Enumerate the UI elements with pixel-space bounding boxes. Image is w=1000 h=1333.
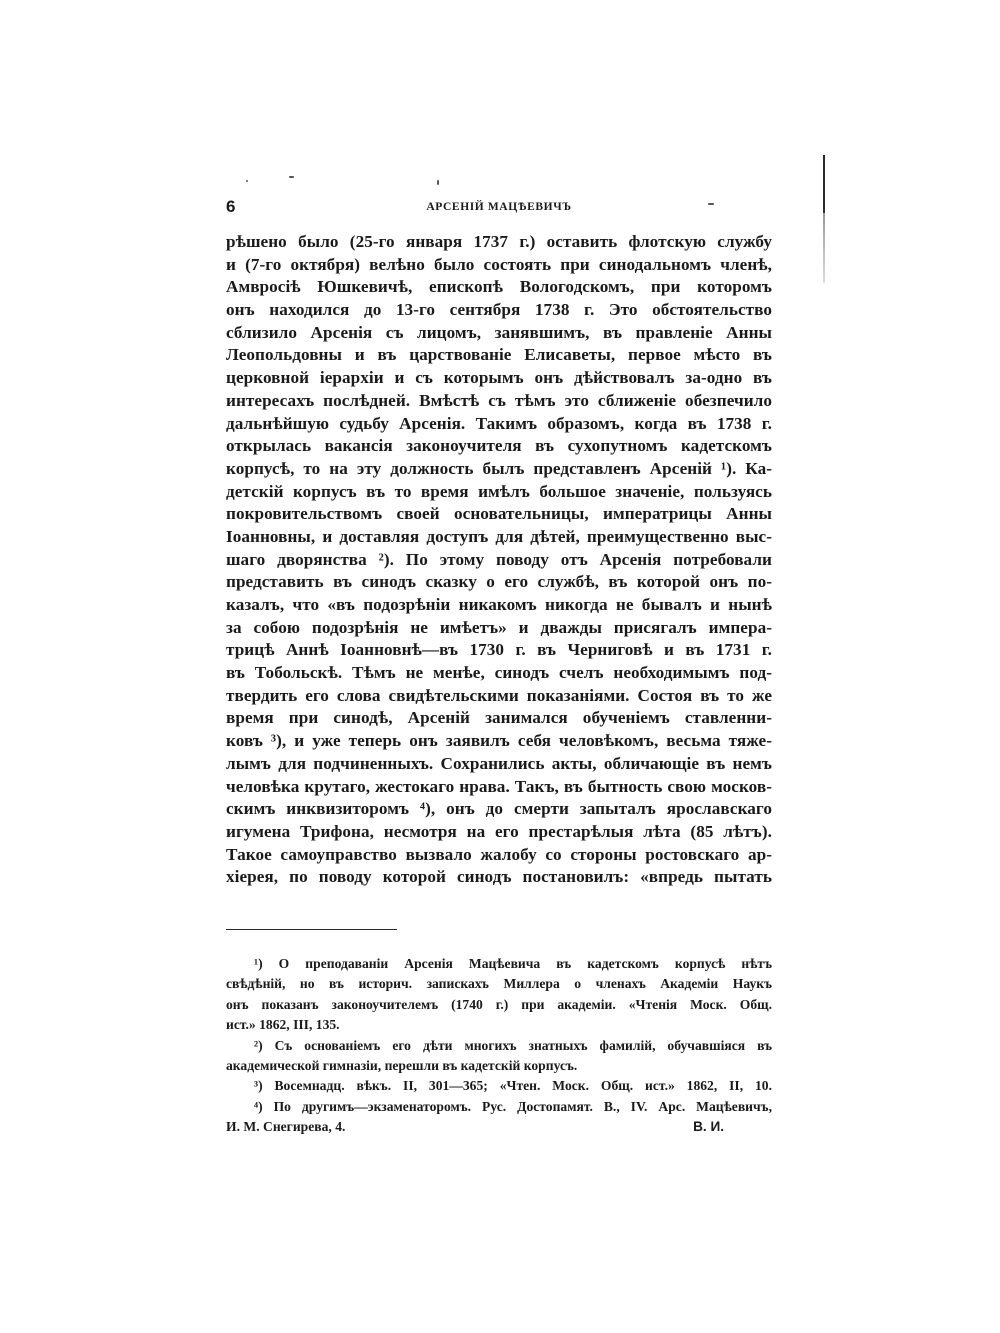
- footnote-1-line: свѣдѣній, но въ историч. запискахъ Милле…: [226, 974, 772, 994]
- footnote-2-line: ²) Съ основаніемъ его дѣти многихъ знатн…: [226, 1036, 772, 1056]
- text-line: открылась вакансія законоучителя въ сухо…: [226, 435, 772, 458]
- footnote-1-line: ист.» 1862, III, 135.: [226, 1015, 772, 1035]
- author-signature: В. И.: [693, 1117, 724, 1137]
- footnote-3-line: ³) Восемнадц. вѣкъ. II, 301—365; «Чтен. …: [226, 1076, 772, 1096]
- text-line: онъ находился до 13-го сентября 1738 г. …: [226, 299, 772, 322]
- text-line: ковъ ³), и уже теперь онъ заявилъ себя ч…: [226, 730, 772, 753]
- footnote-4-line: ⁴) По другимъ—экзаменаторомъ. Рус. Досто…: [226, 1097, 772, 1117]
- text-line: церковной іерархіи и съ которымъ онъ дѣй…: [226, 367, 772, 390]
- text-line: и (7-го октября) велѣно было состоять пр…: [226, 254, 772, 277]
- scan-speck: [289, 176, 294, 178]
- scan-speck: [246, 180, 248, 182]
- text-line: дальнѣйшую судьбу Арсенія. Такимъ образо…: [226, 413, 772, 436]
- footnote-2-line: академической гимназіи, перешли въ кадет…: [226, 1056, 772, 1076]
- running-title: АРСЕНІЙ МАЦѢЕВИЧЪ: [226, 198, 772, 216]
- running-header: 6 АРСЕНІЙ МАЦѢЕВИЧЪ: [226, 196, 772, 220]
- text-line: лымъ для подчиненныхъ. Сохранились акты,…: [226, 753, 772, 776]
- text-line: рѣшено было (25-го января 1737 г.) остав…: [226, 231, 772, 254]
- text-line: детскій корпусъ въ то время имѣлъ большо…: [226, 481, 772, 504]
- footnote-rule: [226, 929, 397, 930]
- text-line: твердить его слова свидѣтельскими показа…: [226, 685, 772, 708]
- text-line: время при синодѣ, Арсеній занимался обуч…: [226, 707, 772, 730]
- text-line: шаго дворянства ²). По этому поводу отъ …: [226, 549, 772, 572]
- text-line: за собою подозрѣнія не имѣетъ» и дважды …: [226, 617, 772, 640]
- text-line: представить въ синодъ сказку о его служб…: [226, 571, 772, 594]
- text-line: Амвросіѣ Юшкевичѣ, епископѣ Вологодскомъ…: [226, 276, 772, 299]
- body-text: рѣшено было (25-го января 1737 г.) остав…: [226, 231, 772, 889]
- book-page: 6 АРСЕНІЙ МАЦѢЕВИЧЪ рѣшено было (25-го я…: [0, 0, 1000, 1333]
- text-line: хіерея, по поводу которой синодъ постано…: [226, 866, 772, 889]
- text-line: казалъ, что «въ подозрѣніи никакомъ нико…: [226, 594, 772, 617]
- text-line: игумена Трифона, несмотря на его престар…: [226, 821, 772, 844]
- text-line: покровительствомъ своей основательницы, …: [226, 503, 772, 526]
- scan-speck: [437, 180, 439, 185]
- text-line: Такое самоуправство вызвало жалобу со ст…: [226, 844, 772, 867]
- footnotes: ¹) О преподаваніи Арсенія Мацѣевича въ к…: [226, 954, 772, 1138]
- text-line: корпусѣ, то на эту должность былъ предст…: [226, 458, 772, 481]
- text-line: скимъ инквизиторомъ ⁴), онъ до смерти за…: [226, 798, 772, 821]
- footnote-1-line: онъ показанъ законоучителемъ (1740 г.) п…: [226, 995, 772, 1015]
- text-line: Леопольдовны и въ царствованіе Елисаветы…: [226, 344, 772, 367]
- text-line: человѣка крутаго, жестокаго нрава. Такъ,…: [226, 776, 772, 799]
- footnote-4-tail: И. М. Снегирева, 4.: [226, 1119, 345, 1134]
- text-line: интересахъ послѣдней. Вмѣстѣ съ тѣмъ это…: [226, 390, 772, 413]
- footnote-4-line: И. М. Снегирева, 4. В. И.: [226, 1117, 772, 1137]
- text-line: въ Тобольскѣ. Тѣмъ не менѣе, синодъ счел…: [226, 662, 772, 685]
- scan-margin-mark-faint: [823, 213, 825, 283]
- scan-margin-mark: [823, 155, 825, 213]
- text-line: Іоанновны, и доставляя доступъ для дѣтей…: [226, 526, 772, 549]
- footnote-1-line: ¹) О преподаваніи Арсенія Мацѣевича въ к…: [226, 954, 772, 974]
- text-line: трицѣ Аннѣ Іоанновнѣ—въ 1730 г. въ Черни…: [226, 639, 772, 662]
- text-line: сблизило Арсенія съ лицомъ, занявшимъ, в…: [226, 322, 772, 345]
